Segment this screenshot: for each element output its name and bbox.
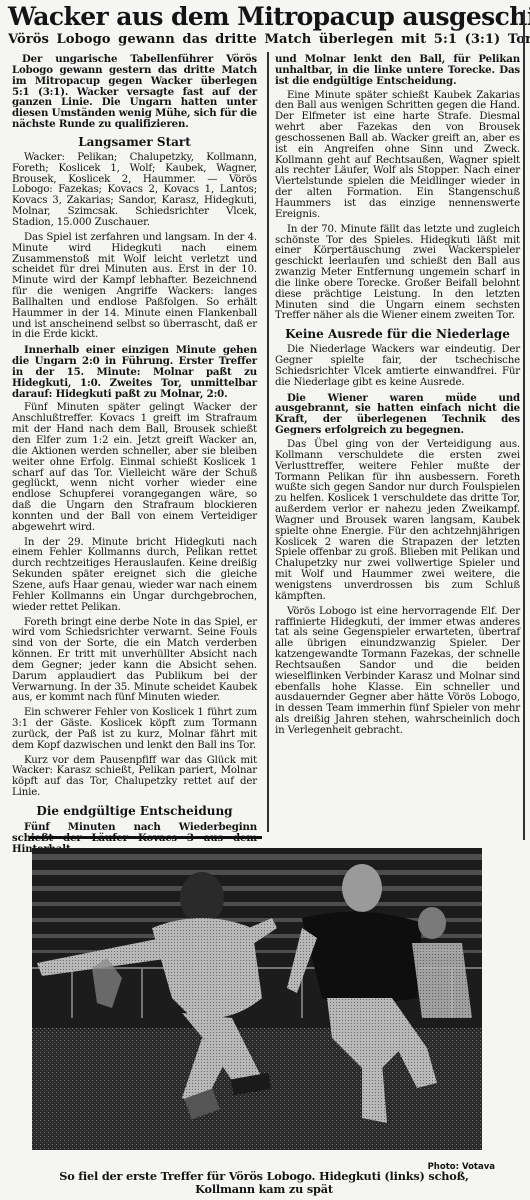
paragraph: Kurz vor dem Pausenpfiff war das Glück m… <box>12 756 257 799</box>
newspaper-page: Wacker aus dem Mitropacup ausgeschieden … <box>0 0 530 1200</box>
paragraph-bold: und Molnar lenkt den Ball, für Pelikan u… <box>275 54 520 87</box>
section-heading-entscheidung: Die endgültige Entscheidung <box>12 804 257 818</box>
column-divider <box>267 52 269 832</box>
article-column-left: Der ungarische Tabellenführer Vörös Lobo… <box>12 54 257 859</box>
subheadline: Vörös Lobogo gewann das dritte Match übe… <box>8 32 520 48</box>
paragraph-bold: Die Wiener waren müde und ausgebrannt, s… <box>275 393 520 436</box>
article-column-right: und Molnar lenkt den Ball, für Pelikan u… <box>275 54 520 741</box>
headline: Wacker aus dem Mitropacup ausgeschieden <box>8 2 520 32</box>
lead-paragraph: Der ungarische Tabellenführer Vörös Lobo… <box>12 54 257 130</box>
football-players-image <box>32 848 482 1150</box>
paragraph: Eine Minute später schießt Kaubek Zakari… <box>275 91 520 221</box>
paragraph: Die Niederlage Wackers war eindeutig. De… <box>275 345 520 388</box>
paragraph: Ein schwerer Fehler von Koslicek 1 führt… <box>12 708 257 751</box>
lineups-paragraph: Wacker: Pelikan; Chalupetzky, Kollmann, … <box>12 153 257 229</box>
paragraph: Das Übel ging von der Verteidigung aus. … <box>275 440 520 603</box>
paragraph: Fünf Minuten später gelingt Wacker der A… <box>12 403 257 533</box>
paragraph: In der 29. Minute bricht Hidegkuti nach … <box>12 538 257 614</box>
right-border-rule <box>523 10 525 840</box>
paragraph: Foreth bringt eine derbe Note in das Spi… <box>12 618 257 705</box>
paragraph: In der 70. Minute fällt das letzte und z… <box>275 225 520 323</box>
section-heading-keine-ausrede: Keine Ausrede für die Niederlage <box>275 327 520 341</box>
paragraph: Vörös Lobogo ist eine hervorragende Elf.… <box>275 607 520 737</box>
section-heading-langsamer-start: Langsamer Start <box>12 135 257 149</box>
match-photo <box>32 848 482 1150</box>
paragraph-bold: Innerhalb einer einzigen Minute gehen di… <box>12 345 257 399</box>
lineups-text: Wacker: Pelikan; Chalupetzky, Kollmann, … <box>12 152 257 228</box>
paragraph: Das Spiel ist zerfahren und langsam. In … <box>12 233 257 341</box>
photo-caption: So fiel der erste Treffer für Vörös Lobo… <box>30 1170 498 1196</box>
section-end-rule <box>30 836 262 839</box>
